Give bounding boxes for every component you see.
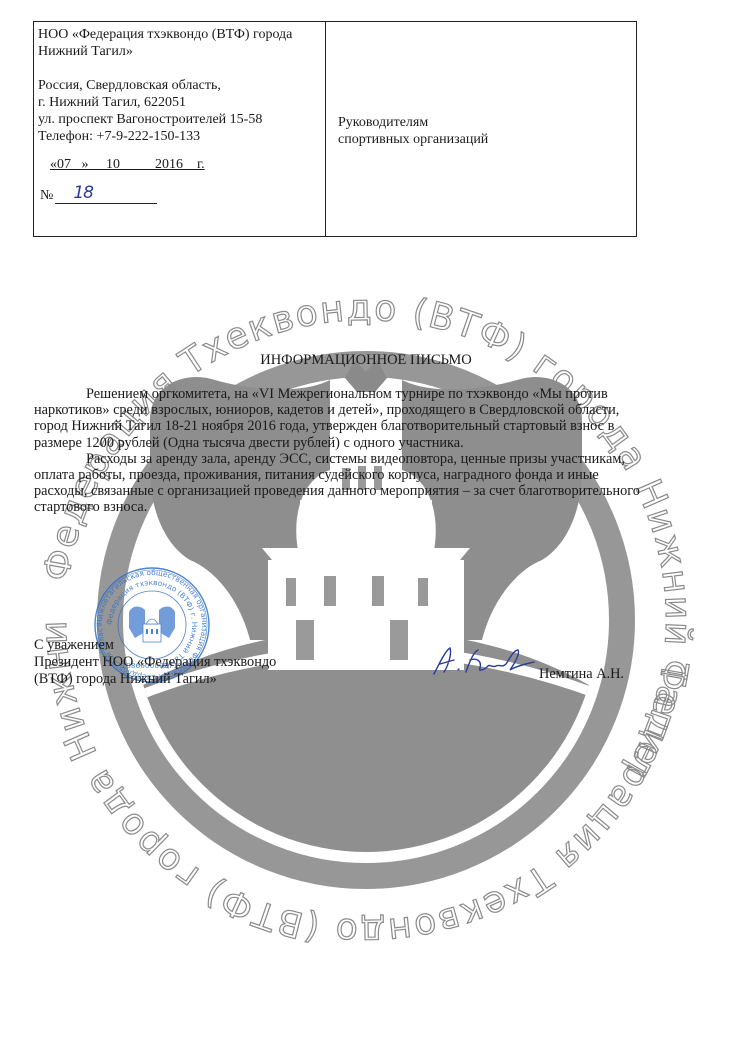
number-field: 18 xyxy=(55,185,157,204)
closing-block: С уважением Президент НОО «Федерация тхэ… xyxy=(34,637,276,688)
signer-title: Президент НОО «Федерация тхэквондо xyxy=(34,654,276,671)
number-label: № xyxy=(40,187,53,204)
handwritten-signature xyxy=(430,640,540,680)
organization-name: НОО «Федерация тхэквондо (ВТФ) города Ни… xyxy=(38,26,325,60)
sender-address: Россия, Свердловская область, г. Нижний … xyxy=(38,77,325,145)
letter-number: № 18 xyxy=(40,185,157,204)
signer-name: Немтина А.Н. xyxy=(539,666,624,683)
closing-salutation: С уважением xyxy=(34,637,276,654)
sender-block: НОО «Федерация тхэквондо (ВТФ) города Ни… xyxy=(34,22,326,236)
letterhead-table: НОО «Федерация тхэквондо (ВТФ) города Ни… xyxy=(33,21,637,237)
recipient: Руководителям спортивных организаций xyxy=(338,114,488,148)
letter-date: «07 » 10 2016 г. xyxy=(50,156,205,173)
number-value: 18 xyxy=(73,185,93,202)
paragraph-1: Решением оргкомитета, на «VI Межрегионал… xyxy=(34,386,674,451)
sender-phone: Телефон: +7-9-222-150-133 xyxy=(38,128,325,145)
letter-body: Решением оргкомитета, на «VI Межрегионал… xyxy=(34,386,674,516)
recipient-block: Руководителям спортивных организаций xyxy=(326,22,636,236)
letter-title: ИНФОРМАЦИОННОЕ ПИСЬМО xyxy=(0,352,732,369)
paragraph-2: Расходы за аренду зала, аренду ЭСС, сист… xyxy=(34,451,674,516)
